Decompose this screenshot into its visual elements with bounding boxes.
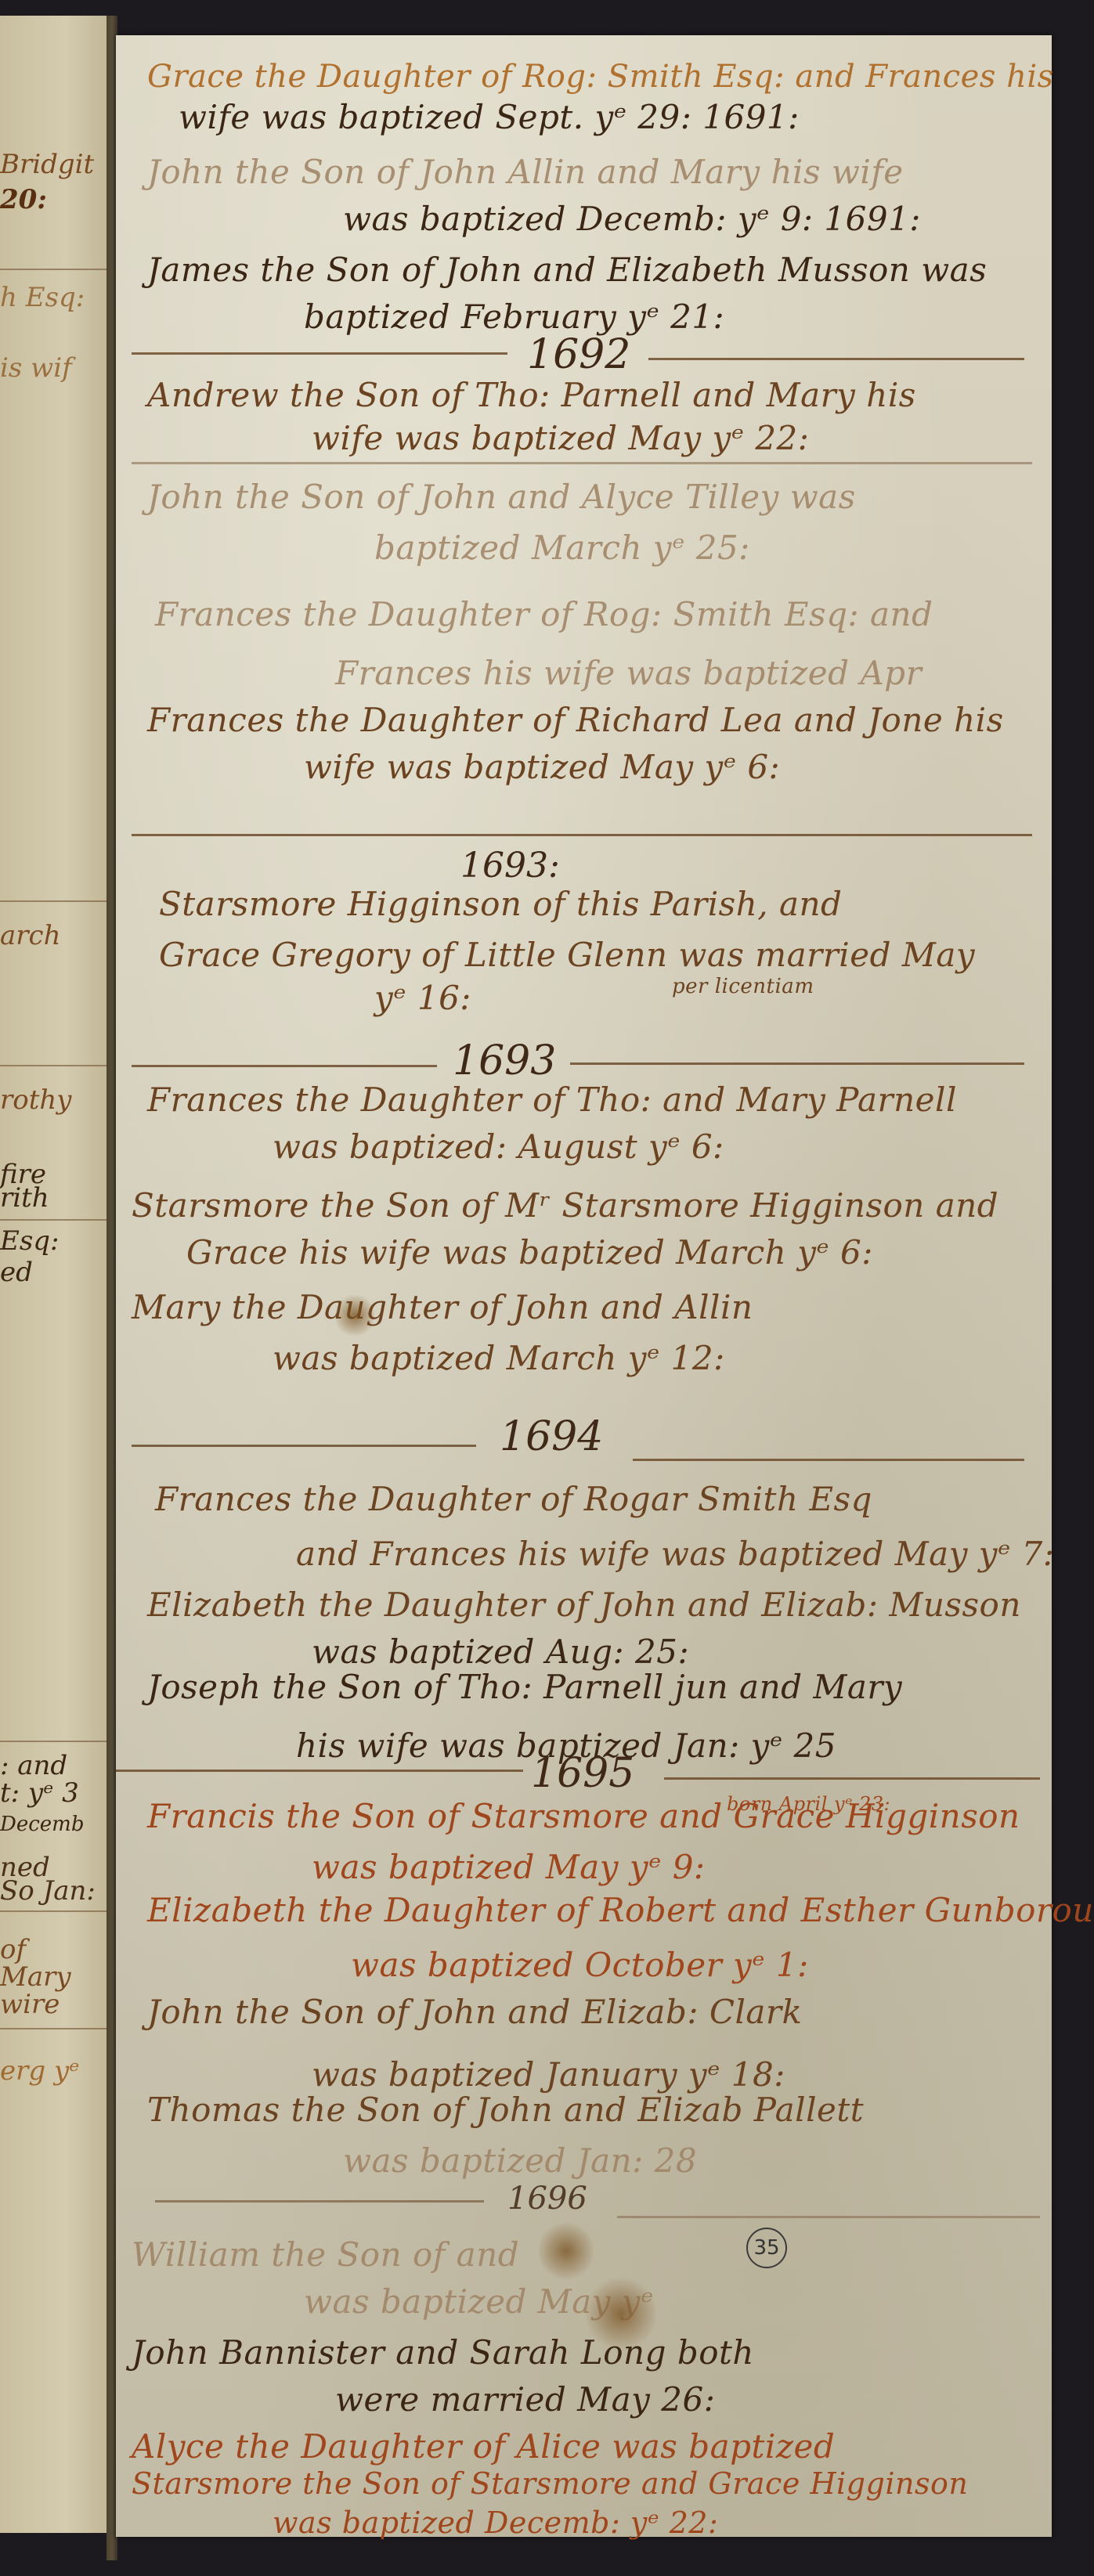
entry-line: Grace the Daughter of Rog: Smith Esq: an…: [147, 59, 1054, 95]
left-fragment: is wif: [0, 352, 108, 384]
entry-line: John Bannister and Sarah Long both: [132, 2333, 754, 2372]
entry-line: Frances his wife was baptized Apr: [335, 654, 922, 692]
entry-line: was baptized May yᵉ 9:: [312, 1848, 706, 1886]
left-fragment: rith: [0, 1182, 108, 1214]
folio-number-stamp: 35: [746, 2228, 787, 2268]
entry-line: John the Son of John Allin and Mary his …: [147, 153, 904, 191]
left-fragment: : and: [0, 1750, 108, 1781]
register-page: Grace the Daughter of Rog: Smith Esq: an…: [116, 35, 1052, 2537]
marginal-note: per licentiam: [672, 975, 814, 998]
left-page-rule: [0, 900, 108, 902]
entry-line: Frances the Daughter of Richard Lea and …: [147, 701, 1004, 739]
year-divider-rule: [132, 834, 1032, 836]
left-fragment: t: yᵉ 3: [0, 1777, 108, 1809]
entry-line: Starsmore the Son of Starsmore and Grace…: [132, 2466, 968, 2501]
left-fragment: 20:: [0, 184, 108, 215]
entry-line: was baptized October yᵉ 1:: [351, 1946, 809, 1984]
entry-line: was baptized March yᵉ 12:: [273, 1339, 725, 1377]
year-divider-rule: [648, 358, 1024, 360]
entry-line: Starsmore Higginson of this Parish, and: [159, 885, 842, 923]
entry-line: yᵉ 16:: [374, 979, 471, 1017]
year-divider-rule: [132, 1445, 476, 1447]
entry-line: was baptized Jan: 28: [343, 2141, 697, 2180]
left-fragment: ed: [0, 1257, 108, 1288]
left-fragment: of: [0, 1934, 108, 1965]
entry-line: Mary the Daughter of John and Allin: [132, 1288, 753, 1326]
year-divider-rule: [664, 1777, 1040, 1780]
left-fragment: Decemb: [0, 1813, 108, 1836]
year-heading: 1694: [500, 1413, 603, 1460]
entry-line: was baptized Aug: 25:: [312, 1633, 689, 1671]
entry-line: Grace Gregory of Little Glenn was marrie…: [159, 936, 975, 974]
left-facing-page: Bridgit 20: h Esq: is wif arch rothy fir…: [0, 16, 108, 2533]
entry-line: baptized March yᵉ 25:: [374, 529, 750, 567]
entry-line: Alyce the Daughter of Alice was baptized: [132, 2427, 835, 2466]
entry-line: was baptized January yᵉ 18:: [312, 2055, 785, 2094]
entry-line: Andrew the Son of Tho: Parnell and Mary …: [147, 376, 916, 414]
entry-line: Frances the Daughter of Rogar Smith Esq: [155, 1480, 872, 1518]
ink-stain: [539, 2220, 594, 2282]
entry-line: Frances the Daughter of Rog: Smith Esq: …: [155, 595, 933, 633]
year-divider-rule: [132, 352, 507, 355]
entry-line: and Frances his wife was baptized May yᵉ…: [296, 1535, 1055, 1573]
ink-stain: [335, 1292, 374, 1339]
year-heading: 1696: [507, 2181, 587, 2217]
entry-line: Elizabeth the Daughter of Robert and Est…: [147, 1891, 1094, 1929]
left-fragment: h Esq:: [0, 282, 108, 313]
entry-line: James the Son of John and Elizabeth Muss…: [147, 251, 987, 289]
entry-line: Grace his wife was baptized March yᵉ 6:: [186, 1233, 873, 1272]
marginal-note: born April yᵉ 23:: [727, 1793, 890, 1815]
left-fragment: erg yᵉ: [0, 2055, 108, 2087]
entry-line: was baptized Decemb: yᵉ 9: 1691:: [343, 200, 921, 238]
year-divider-rule: [155, 2200, 484, 2203]
entry-line: William the Son of and: [132, 2235, 519, 2274]
year-divider-rule: [617, 2216, 1040, 2218]
left-page-rule: [0, 1065, 108, 1066]
year-heading: 1695: [531, 1750, 634, 1797]
entry-line: Thomas the Son of John and Elizab Pallet…: [147, 2091, 864, 2129]
year-divider-rule: [570, 1063, 1024, 1065]
entry-line: baptized February yᵉ 21:: [304, 298, 724, 336]
year-heading: 1693: [453, 1037, 556, 1084]
year-divider-rule: [132, 462, 1032, 464]
left-fragment: wire: [0, 1989, 108, 2020]
left-fragment: rothy: [0, 1084, 108, 1116]
year-divider-rule: [116, 1770, 523, 1772]
left-fragment: Esq:: [0, 1225, 108, 1257]
entry-line: wife was baptized May yᵉ 22:: [312, 419, 809, 457]
year-heading: 1693:: [460, 846, 560, 886]
entry-line: Frances the Daughter of Tho: and Mary Pa…: [147, 1081, 957, 1119]
year-heading: 1692: [527, 331, 630, 378]
left-page-rule: [0, 1219, 108, 1221]
left-fragment: Mary: [0, 1961, 108, 1993]
left-fragment: arch: [0, 920, 108, 951]
year-divider-rule: [132, 1065, 437, 1067]
entry-line: Elizabeth the Daughter of John and Eliza…: [147, 1586, 1021, 1624]
left-page-rule: [0, 2028, 108, 2029]
left-fragment: So Jan:: [0, 1875, 108, 1907]
entry-line: Joseph the Son of Tho: Parnell jun and M…: [147, 1668, 902, 1706]
entry-line: Starsmore the Son of Mʳ Starsmore Higgin…: [132, 1186, 998, 1225]
entry-line: wife was baptized Sept. yᵉ 29: 1691:: [179, 98, 800, 136]
entry-line: John the Son of John and Elizab: Clark: [147, 1993, 802, 2031]
entry-line: were married May 26:: [335, 2380, 715, 2419]
left-page-rule: [0, 269, 108, 270]
entry-line: was baptized Decemb: yᵉ 22:: [273, 2506, 718, 2540]
left-page-rule: [0, 1741, 108, 1742]
year-divider-rule: [633, 1459, 1024, 1461]
entry-line: John the Son of John and Alyce Tilley wa…: [147, 478, 856, 516]
left-page-rule: [0, 1910, 108, 1912]
entry-line: wife was baptized May yᵉ 6:: [304, 748, 780, 786]
entry-line: was baptized: August yᵉ 6:: [273, 1127, 724, 1166]
left-fragment: Bridgit: [0, 149, 108, 180]
